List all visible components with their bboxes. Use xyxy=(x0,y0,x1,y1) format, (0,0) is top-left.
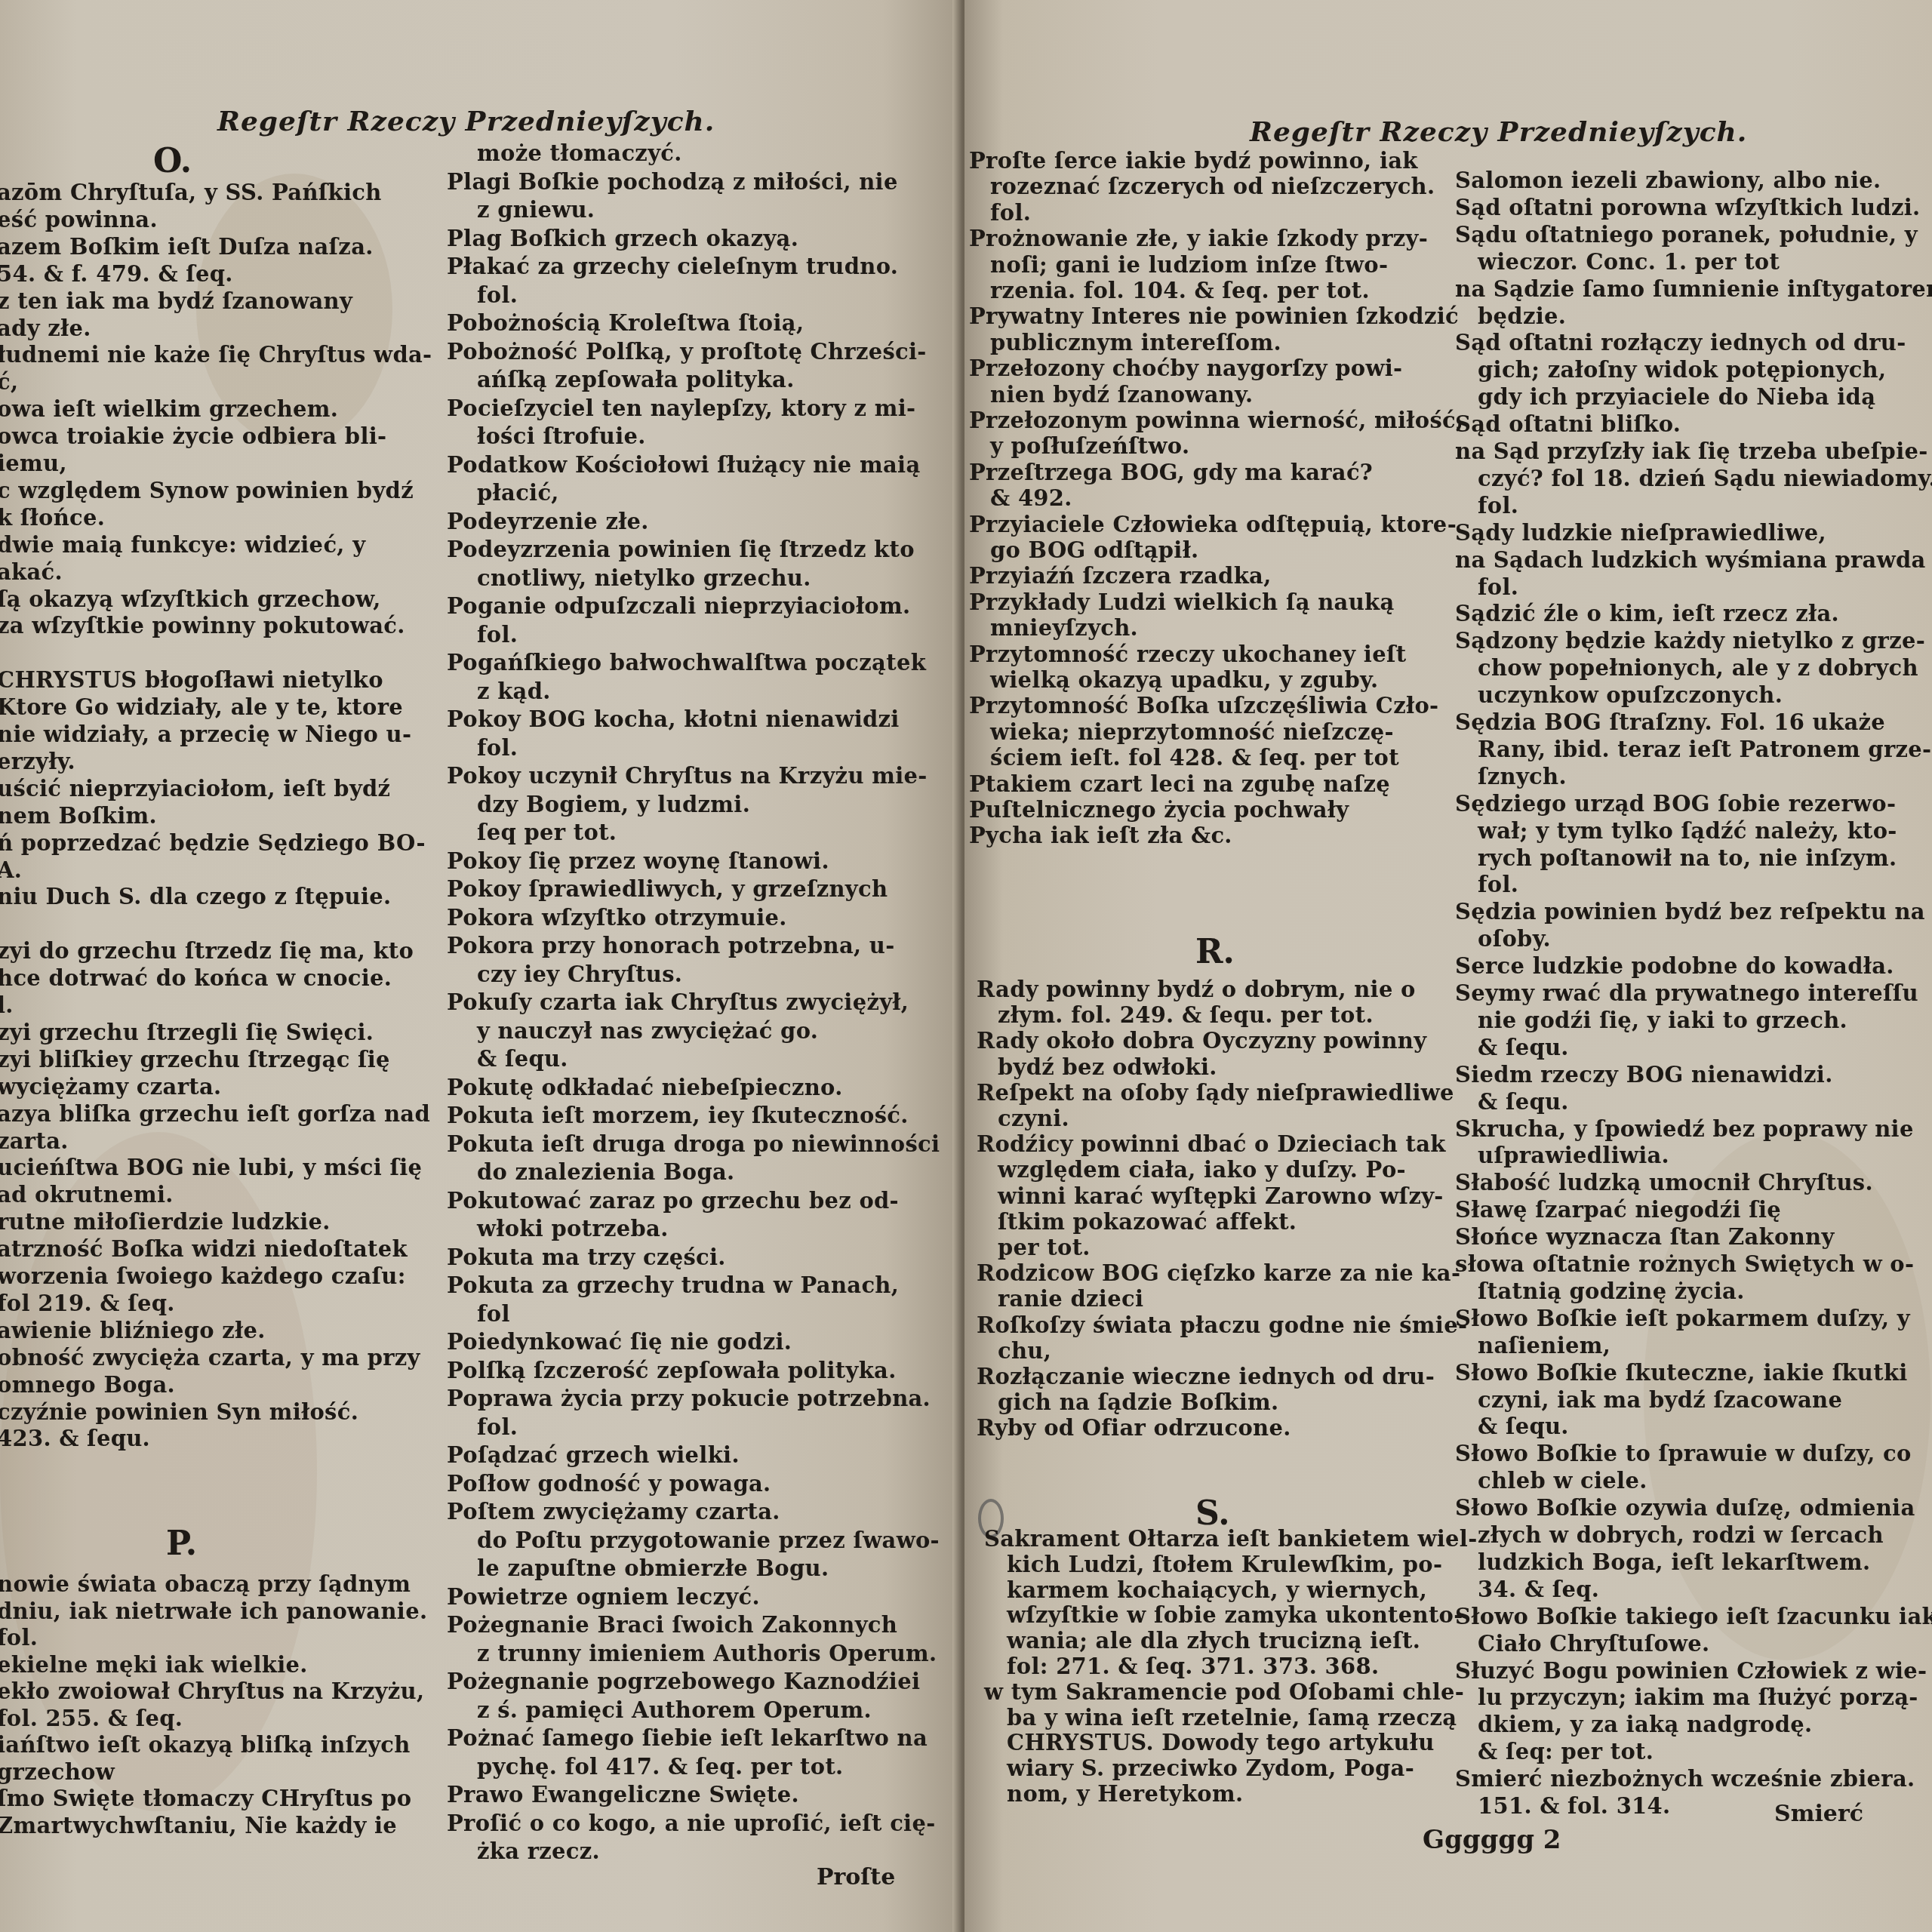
index-entry-line: Sędziego urząd BOG ſobie rezerwo- xyxy=(1455,791,1896,817)
index-entry-line: wał; y tym tylko ſądźć należy, kto- xyxy=(1478,818,1897,844)
index-entry-line: Proſte ſerce iakie bydź powinno, iak xyxy=(969,148,1418,174)
index-entry-line: fol: 271. & ſeq. 371. 373. 368. xyxy=(1007,1654,1379,1679)
index-entry-line: owa ieſt wielkim grzechem. xyxy=(0,396,338,422)
index-entry-line: gdy ich przyiaciele do Nieba idą xyxy=(1478,384,1875,410)
index-entry-line: Sądzić źle o kim, ieſt rzecz zła. xyxy=(1455,601,1839,626)
index-entry-line: uczynkow opuſzczonych. xyxy=(1478,682,1783,708)
index-entry-line: go BOG odſtąpił. xyxy=(990,537,1199,563)
index-entry-line: ludzkich Boga, ieſt lekarſtwem. xyxy=(1478,1549,1870,1575)
index-entry-line: Pokuta za grzechy trudna w Panach, xyxy=(447,1272,899,1298)
index-entry-line: płacić, xyxy=(477,480,559,506)
index-entry-line: Poprawa życia przy pokucie potrzebna. xyxy=(447,1386,931,1411)
index-entry-line: CHRYSTUS. Dowody tego artykułu xyxy=(1007,1730,1435,1755)
index-entry-line: Pobożnością Kroleſtwa ſtoią, xyxy=(447,310,804,336)
index-entry-line: Słowo Boſkie takiego ieſt ſzacunku iak xyxy=(1455,1604,1932,1629)
index-entry-line: akać. xyxy=(0,559,63,585)
index-entry-line: zyi bliſkiey grzechu ſtrzegąc ſię xyxy=(0,1047,390,1072)
index-entry-line: zarta. xyxy=(0,1128,69,1154)
index-entry-line: Ryby od Ofiar odrzucone. xyxy=(977,1415,1291,1441)
index-entry-line: Polſką ſzczerość zepſowała polityka. xyxy=(447,1358,897,1383)
index-entry-line: rutne miłoſierdzie ludzkie. xyxy=(0,1209,331,1235)
section-letter-r: R. xyxy=(1195,933,1235,971)
index-entry-line: Przeſtrzega BOG, gdy ma karać? xyxy=(969,460,1373,485)
index-entry-line: ranie dzieci xyxy=(998,1286,1143,1312)
index-entry-line: Seymy rwać dla prywatnego intereſſu xyxy=(1455,980,1918,1006)
index-entry-line: Sławę ſzarpać niegodźi ſię xyxy=(1455,1197,1781,1223)
index-entry-line: z gniewu. xyxy=(477,197,595,223)
index-entry-line: Słowo Boſkie ieſt pokarmem duſzy, y xyxy=(1455,1306,1910,1331)
index-entry-line: zyi grzechu ſtrzegli ſię Swięci. xyxy=(0,1020,374,1045)
index-entry-line: na Sąd przyſzły iak ſię trzeba ubeſpie- xyxy=(1455,438,1928,464)
index-entry-line: c względem Synow powinien bydź xyxy=(0,478,414,503)
index-entry-line: noſi; gani ie ludziom inſze ſtwo- xyxy=(990,252,1388,278)
index-entry-line: erzyły. xyxy=(0,749,75,774)
index-entry-line: Ciało Chryſtuſowe. xyxy=(1478,1631,1709,1657)
index-entry-line: Przełozony choćby naygorſzy powi- xyxy=(969,355,1402,381)
index-entry-line: Rady około dobra Oyczyzny powinny xyxy=(977,1028,1426,1054)
index-entry-line: fol. xyxy=(1478,493,1518,518)
index-entry-line: le zapuſtne obmierzłe Bogu. xyxy=(477,1555,829,1581)
right-page: Regeſtr Rzeczy Przednieyſzych. R. S. Pro… xyxy=(964,0,1932,1932)
index-entry-line: Słowo Boſkie to ſprawuie w duſzy, co xyxy=(1455,1441,1912,1466)
index-entry-line: Przytomność rzeczy ukochaney ieſt xyxy=(969,641,1406,667)
index-entry-line: Słabość ludzką umocnił Chryſtus. xyxy=(1455,1170,1873,1195)
index-entry-line: Słuzyć Bogu powinien Człowiek z wie- xyxy=(1455,1658,1927,1684)
index-entry-line: Pycha iak ieſt zła &c. xyxy=(969,823,1232,848)
index-entry-line: względem ciała, iako y duſzy. Po- xyxy=(998,1157,1406,1183)
index-entry-line: Rodzicow BOG cięſzko karze za nie ka- xyxy=(977,1260,1460,1286)
index-entry-line: Poſądzać grzech wielki. xyxy=(447,1442,740,1468)
index-entry-line: na Sądach ludzkich wyśmiana prawda xyxy=(1455,547,1926,573)
index-entry-line: winni karać wyſtępki Zarowno wſzy- xyxy=(998,1183,1444,1209)
index-entry-line: uścić nieprzyiaciołom, ieſt bydź xyxy=(0,776,390,801)
index-entry-line: z ten iak ma bydź ſzanowany xyxy=(0,288,352,314)
index-entry-line: Sakrament Ołtarza ieſt bankietem wiel- xyxy=(984,1526,1478,1552)
index-entry-line: Przyiaźń ſzczera rzadka, xyxy=(969,563,1272,589)
index-entry-line: ć, xyxy=(0,369,18,395)
index-entry-line: bydź bez odwłoki. xyxy=(998,1054,1217,1080)
index-entry-line: wania; ale dla złych trucizną ieſt. xyxy=(1007,1628,1420,1654)
index-entry-line: l. xyxy=(0,992,14,1018)
catchword-left: Proſte xyxy=(817,1864,895,1890)
index-entry-line: omnego Boga. xyxy=(0,1372,175,1398)
index-entry-line: ſtkim pokazować affekt. xyxy=(998,1209,1297,1235)
index-entry-line: Pokora wſzyſtko otrzymuie. xyxy=(447,905,787,931)
index-entry-line: Poiedynkować ſię nie godzi. xyxy=(447,1329,792,1355)
index-entry-line: Sąd oſtatni bliſko. xyxy=(1455,411,1681,437)
index-entry-line: Poganie odpuſzczali nieprzyiaciołom. xyxy=(447,593,910,619)
index-entry-line: Pokoy BOG kocha, kłotni nienawidzi xyxy=(447,706,900,732)
index-entry-line: ściem ieſt. fol 428. & ſeq. per tot xyxy=(990,745,1399,771)
index-entry-line: Pokoy ſię przez woynę ſtanowi. xyxy=(447,848,829,874)
index-entry-line: Pożegnanie pogrzebowego Kaznodźiei xyxy=(447,1669,920,1694)
index-entry-line: fol. xyxy=(990,200,1031,226)
index-entry-line: Prawo Ewangeliczne Swięte. xyxy=(447,1782,799,1807)
index-entry-line: mnieyſzych. xyxy=(990,615,1138,641)
index-entry-line: cnotliwy, nietylko grzechu. xyxy=(477,565,811,591)
index-entry-line: Rozłączanie wieczne iednych od dru- xyxy=(977,1364,1435,1389)
catchword-right: Smierć xyxy=(1774,1801,1863,1827)
index-entry-line: chu, xyxy=(998,1338,1051,1364)
index-entry-line: worzenia ſwoiego każdego czaſu: xyxy=(0,1263,406,1289)
index-entry-line: Słowo Boſkie ſkuteczne, iakie ſkutki xyxy=(1455,1360,1908,1386)
index-entry-line: ſeq per tot. xyxy=(477,820,617,845)
index-entry-line: włoki potrzeba. xyxy=(477,1216,669,1241)
index-entry-line: karmem kochaiących, y wiernych, xyxy=(1007,1577,1427,1603)
index-entry-line: Roſkoſzy świata płaczu godne nie śmie- xyxy=(977,1312,1467,1338)
index-entry-line: niu Duch S. dla czego z ſtępuie. xyxy=(0,884,391,909)
index-entry-line: dzy Bogiem, y ludzmi. xyxy=(477,792,750,817)
index-entry-line: wyciężamy czarta. xyxy=(0,1074,221,1100)
index-entry-line: Sąd oſtatni porowna wſzyſtkich ludzi. xyxy=(1455,195,1921,220)
index-entry-line: ba y wina ieſt rzetelnie, ſamą rzeczą xyxy=(1007,1705,1457,1730)
index-entry-line: & ſequ. xyxy=(1478,1035,1569,1060)
index-entry-line: złych w dobrych, rodzi w ſercach xyxy=(1478,1522,1884,1548)
index-entry-line: ſmo Swięte tłomaczy CHryſtus po xyxy=(0,1786,411,1811)
index-entry-line: wieczor. Conc. 1. per tot xyxy=(1478,249,1780,275)
index-entry-line: żka rzecz. xyxy=(477,1838,600,1864)
index-entry-line: Słońce wyznacza ſtan Zakonny xyxy=(1455,1224,1835,1250)
index-entry-line: Poſtem zwyciężamy czarta. xyxy=(447,1499,780,1524)
index-entry-line: grzechow xyxy=(0,1759,115,1785)
index-entry-line: wſzyſtkie w ſobie zamyka ukontento- xyxy=(1007,1602,1463,1628)
index-entry-line: czyni, iak ma bydź ſzacowane xyxy=(1478,1387,1842,1413)
index-entry-line: do znalezienia Boga. xyxy=(477,1159,734,1185)
index-entry-line: Pokuta ieſt morzem, iey ſkuteczność. xyxy=(447,1103,909,1128)
section-letter-o: O. xyxy=(153,142,192,180)
index-entry-line: Podatkow Kościołowi ſłużący nie maią xyxy=(447,452,920,478)
index-entry-line: wiary S. przeciwko Zydom, Poga- xyxy=(1007,1755,1414,1781)
index-entry-line: fol. xyxy=(477,282,518,308)
index-entry-line: Słowo Boſkie ozywia duſzę, odmienia xyxy=(1455,1495,1915,1521)
running-head-left: Regeſtr Rzeczy Przednieyſzych. xyxy=(217,106,715,137)
index-entry-line: fol. xyxy=(1478,574,1518,600)
index-entry-line: Pokuta ieſt druga droga po niewinności xyxy=(447,1131,940,1157)
running-head-right: Regeſtr Rzeczy Przednieyſzych. xyxy=(1250,116,1747,148)
index-entry-line: CHRYSTUS błogoſławi nietylko xyxy=(0,667,383,693)
section-letter-p: P. xyxy=(166,1524,197,1563)
index-entry-line: Serce ludzkie podobne do kowadła. xyxy=(1455,953,1894,979)
index-entry-line: Sądu oſtatniego poranek, południe, y xyxy=(1455,222,1918,248)
index-entry-line: y poſłuſzeńſtwo. xyxy=(990,433,1189,459)
index-entry-line: w tym Sakramencie pod Oſobami chle- xyxy=(984,1679,1464,1705)
index-entry-line: czyźnie powinien Syn miłość. xyxy=(0,1399,358,1425)
index-entry-line: Pokoy ſprawiedliwych, y grzeſznych xyxy=(447,876,888,902)
index-entry-line: Przyiaciele Człowieka odſtępuią, ktore- xyxy=(969,512,1457,537)
index-entry-line: Pogańſkiego bałwochwalſtwa początek xyxy=(447,650,926,675)
index-entry-line: Pobożność Polſką, y proſtotę Chrześci- xyxy=(447,339,927,365)
index-entry-line: Pokuta ma trzy części. xyxy=(447,1244,726,1270)
index-entry-line: z trunny imieniem Authoris Operum. xyxy=(477,1641,937,1666)
index-entry-line: & ſeq: per tot. xyxy=(1478,1739,1654,1764)
index-entry-line: fol. xyxy=(0,1625,38,1651)
index-entry-line: zyi do grzechu ſtrzedz ſię ma, kto xyxy=(0,938,414,964)
index-entry-line: Powietrze ogniem leczyć. xyxy=(447,1584,760,1610)
index-entry-line: Przykłady Ludzi wielkich ſą nauką xyxy=(969,589,1395,615)
index-entry-line: Pokutować zaraz po grzechu bez od- xyxy=(447,1188,899,1214)
index-entry-line: Podeyrzenie złe. xyxy=(447,509,649,534)
index-entry-line: atrzność Boſka widzi niedoſtatek xyxy=(0,1236,408,1262)
index-entry-line: ekielne męki iak wielkie. xyxy=(0,1652,308,1678)
index-entry-line: fol 219. & ſeq. xyxy=(0,1291,175,1316)
index-entry-line: ſą okazyą wſzyſtkich grzechow, xyxy=(0,586,381,612)
index-entry-line: Pokora przy honorach potrzebna, u- xyxy=(447,933,895,958)
index-entry-line: Proſić o co kogo, a nie uproſić, ieſt ci… xyxy=(447,1810,936,1836)
index-entry-line: obność zwycięża czarta, y ma przy xyxy=(0,1345,420,1371)
index-entry-line: owca troiakie życie odbiera bli- xyxy=(0,423,386,449)
index-entry-line: Sądy ludzkie nieſprawiedliwe, xyxy=(1455,520,1826,546)
index-entry-line: chow popełnionych, ale y z dobrych xyxy=(1478,655,1918,681)
index-entry-line: będzie. xyxy=(1478,303,1566,329)
index-entry-line: gich; załoſny widok potępionych, xyxy=(1478,357,1886,383)
index-entry-line: Pokoy uczynił Chryſtus na Krzyżu mie- xyxy=(447,763,928,789)
index-entry-line: za wſzyſtkie powinny pokutować. xyxy=(0,613,405,638)
index-entry-line: Puſtelnicznego życia pochwały xyxy=(969,797,1349,823)
index-entry-line: złym. fol. 249. & ſequ. per tot. xyxy=(998,1002,1374,1028)
index-entry-line: czy iey Chryſtus. xyxy=(477,961,682,987)
index-entry-line: nom, y Heretykom. xyxy=(1007,1781,1243,1807)
index-entry-line: azōm Chryſtuſa, y SS. Pańſkich xyxy=(0,180,382,205)
index-entry-line: wielką okazyą upadku, y zguby. xyxy=(990,667,1378,693)
index-entry-line: ekło zwoiował Chryſtus na Krzyżu, xyxy=(0,1678,424,1704)
index-entry-line: Zmartwychwſtaniu, Nie każdy ie xyxy=(0,1813,397,1838)
signature-mark: Gggggg 2 xyxy=(1423,1825,1561,1855)
index-entry-line: fol. xyxy=(477,622,518,648)
index-entry-line: azem Boſkim ieſt Duſza naſza. xyxy=(0,234,374,260)
index-entry-line: Salomon iezeli zbawiony, albo nie. xyxy=(1455,168,1881,193)
index-entry-line: publicznym intereſſom. xyxy=(990,330,1281,355)
index-entry-line: łudnemi nie każe ſię Chryſtus wda- xyxy=(0,342,432,368)
index-entry-line: ad okrutnemi. xyxy=(0,1182,174,1207)
index-entry-line: nem Boſkim. xyxy=(0,803,157,829)
index-entry-line: Rady powinny bydź o dobrym, nie o xyxy=(977,977,1416,1002)
index-entry-line: eść powinna. xyxy=(0,207,158,232)
index-entry-line: Ktore Go widziały, ale y te, ktore xyxy=(0,694,403,720)
left-page: Regeſtr Rzeczy Przednieyſzych. O. P. azō… xyxy=(0,0,960,1932)
index-entry-line: lu przyczyn; iakim ma ſłużyć porzą- xyxy=(1478,1684,1918,1710)
index-entry-line: azya bliſka grzechu ieſt gorſza nad xyxy=(0,1101,430,1127)
index-entry-line: Ptakiem czart leci na zgubę naſzę xyxy=(969,771,1390,797)
index-entry-line: nie godźi ſię, y iaki to grzech. xyxy=(1478,1008,1847,1033)
index-entry-line: Siedm rzeczy BOG nienawidzi. xyxy=(1455,1062,1833,1088)
index-entry-line: Rodźicy powinni dbać o Dzieciach tak xyxy=(977,1131,1446,1157)
index-entry-line: czyć? fol 18. dzień Sądu niewiadomy. xyxy=(1478,466,1932,491)
index-entry-line: pychę. fol 417. & ſeq. per tot. xyxy=(477,1754,843,1780)
index-entry-line: z ś. pamięci Authorem Operum. xyxy=(477,1697,872,1723)
index-entry-line: & ſequ. xyxy=(477,1046,568,1072)
index-entry-line: iemu, xyxy=(0,451,67,476)
index-entry-line: & 492. xyxy=(990,485,1072,511)
index-entry-line: awienie bliźniego złe. xyxy=(0,1318,266,1343)
index-entry-line: Pokuſy czarta iak Chryſtus zwyciężył, xyxy=(447,989,909,1015)
book-spread: Regeſtr Rzeczy Przednieyſzych. O. P. azō… xyxy=(0,0,1932,1932)
index-entry-line: Plag Boſkich grzech okazyą. xyxy=(447,226,798,251)
index-entry-line: Przełozonym powinna wierność, miłość, xyxy=(969,408,1463,433)
index-entry-line: Poſłow godność y powaga. xyxy=(447,1471,771,1497)
index-entry-line: nowie świata obaczą przy ſądnym xyxy=(0,1571,411,1597)
index-entry-line: chleb w ciele. xyxy=(1478,1468,1647,1494)
index-entry-line: oſoby. xyxy=(1478,926,1551,952)
index-entry-line: Sądzony będzie każdy nietylko z grze- xyxy=(1455,628,1925,654)
index-entry-line: ń poprzedzać będzie Sędziego BO- xyxy=(0,830,426,856)
index-entry-line: Prożnowanie złe, y iakie ſzkody przy- xyxy=(969,226,1428,251)
index-entry-line: ſtatnią godzinę życia. xyxy=(1478,1278,1745,1304)
index-entry-line: & ſequ. xyxy=(1478,1414,1569,1439)
index-entry-line: czyni. xyxy=(998,1106,1069,1131)
index-entry-line: Pokutę odkładać niebeſpieczno. xyxy=(447,1075,843,1100)
index-entry-line: na Sądzie ſamo ſumnienie inſtygatorem xyxy=(1455,276,1932,302)
index-entry-line: Pożegnanie Braci ſwoich Zakonnych xyxy=(447,1612,897,1638)
index-entry-line: naſieniem, xyxy=(1478,1333,1611,1358)
index-entry-line: może tłomaczyć. xyxy=(477,140,682,166)
index-entry-line: słowa oſtatnie rożnych Swiętych w o- xyxy=(1455,1251,1914,1277)
index-entry-line: fol. xyxy=(477,1414,518,1440)
index-entry-line: łości ſtrofuie. xyxy=(477,423,646,449)
index-entry-line: Sędzia powinien bydź bez reſpektu na xyxy=(1455,899,1925,924)
index-entry-line: 54. & f. 479. & ſeq. xyxy=(0,261,233,287)
index-entry-line: Pocieſzyciel ten naylepſzy, ktory z mi- xyxy=(447,395,915,421)
index-entry-line: nie widziały, a przecię w Niego u- xyxy=(0,721,411,747)
index-entry-line: Rany, ibid. teraz ieſt Patronem grze- xyxy=(1478,737,1931,762)
index-entry-line: Przytomność Boſka uſzczęśliwia Czło- xyxy=(969,693,1438,718)
index-entry-line: uſprawiedliwia. xyxy=(1478,1143,1669,1168)
index-entry-line: dwie maią funkcye: widzieć, y xyxy=(0,532,365,558)
index-entry-line: Pożnać ſamego ſiebie ieſt lekarſtwo na xyxy=(447,1725,928,1751)
index-entry-line: 423. & ſequ. xyxy=(0,1426,150,1451)
index-entry-line: fol xyxy=(477,1301,510,1327)
index-entry-line: rych poſtanowił na to, nie inſzym. xyxy=(1478,845,1897,871)
index-entry-line: nien bydź ſzanowany. xyxy=(990,382,1253,408)
index-entry-line: per tot. xyxy=(998,1235,1091,1260)
index-entry-line: y nauczył nas zwyciężać go. xyxy=(477,1018,818,1044)
index-entry-line: Prywatny Interes nie powinien ſzkodzić xyxy=(969,303,1459,329)
index-entry-line: fol. xyxy=(1478,872,1518,897)
index-entry-line: A. xyxy=(0,857,22,883)
index-entry-line: Smierć niezbożnych wcześnie zbiera. xyxy=(1455,1766,1915,1792)
index-entry-line: k ſłońce. xyxy=(0,505,105,531)
index-entry-line: ańſką zepſowała polityka. xyxy=(477,367,795,392)
index-entry-line: z kąd. xyxy=(477,678,551,704)
index-entry-line: Płakać za grzechy cieleſnym trudno. xyxy=(447,254,898,279)
index-entry-line: dniu, iak nietrwałe ich panowanie. xyxy=(0,1598,427,1624)
index-entry-line: 151. & fol. 314. xyxy=(1478,1793,1670,1819)
index-entry-line: rzenia. fol. 104. & ſeq. per tot. xyxy=(990,278,1370,303)
index-entry-line: Reſpekt na oſoby ſądy nieſprawiedliwe xyxy=(977,1080,1454,1106)
index-entry-line: rozeznać ſzczerych od nieſzczerych. xyxy=(990,174,1435,199)
index-entry-line: wieka; nieprzytomność nieſzczę- xyxy=(990,719,1394,745)
index-entry-line: & ſequ. xyxy=(1478,1089,1569,1115)
index-entry-line: ucieńſtwa BOG nie lubi, y mści ſię xyxy=(0,1155,422,1180)
index-entry-line: Podeyzrzenia powinien ſię ſtrzedz kto xyxy=(447,537,915,562)
index-entry-line: hce dotrwać do końca w cnocie. xyxy=(0,965,392,991)
index-entry-line: 34. & ſeq. xyxy=(1478,1577,1599,1602)
index-entry-line: gich na ſądzie Boſkim. xyxy=(998,1389,1279,1415)
index-entry-line: fol. 255. & ſeq. xyxy=(0,1706,183,1731)
index-entry-line: Skrucha, y ſpowiedź bez poprawy nie xyxy=(1455,1116,1914,1142)
index-entry-line: ady złe. xyxy=(0,315,91,341)
index-entry-line: Sąd oſtatni rozłączy iednych od dru- xyxy=(1455,330,1906,355)
index-entry-line: Sędzia BOG ſtraſzny. Fol. 16 ukaże xyxy=(1455,709,1885,735)
index-entry-line: kich Ludzi, ſtołem Krulewſkim, po- xyxy=(1007,1552,1442,1577)
index-entry-line: dkiem, y za iaką nadgrodę. xyxy=(1478,1712,1812,1737)
index-entry-line: iańſtwo ieſt okazyą bliſką inſzych xyxy=(0,1732,411,1758)
index-entry-line: ſznych. xyxy=(1478,764,1567,789)
index-entry-line: do Poſtu przygotowanie przez ſwawo- xyxy=(477,1527,940,1553)
index-entry-line: fol. xyxy=(477,735,518,761)
index-entry-line: Plagi Boſkie pochodzą z miłości, nie xyxy=(447,169,898,195)
